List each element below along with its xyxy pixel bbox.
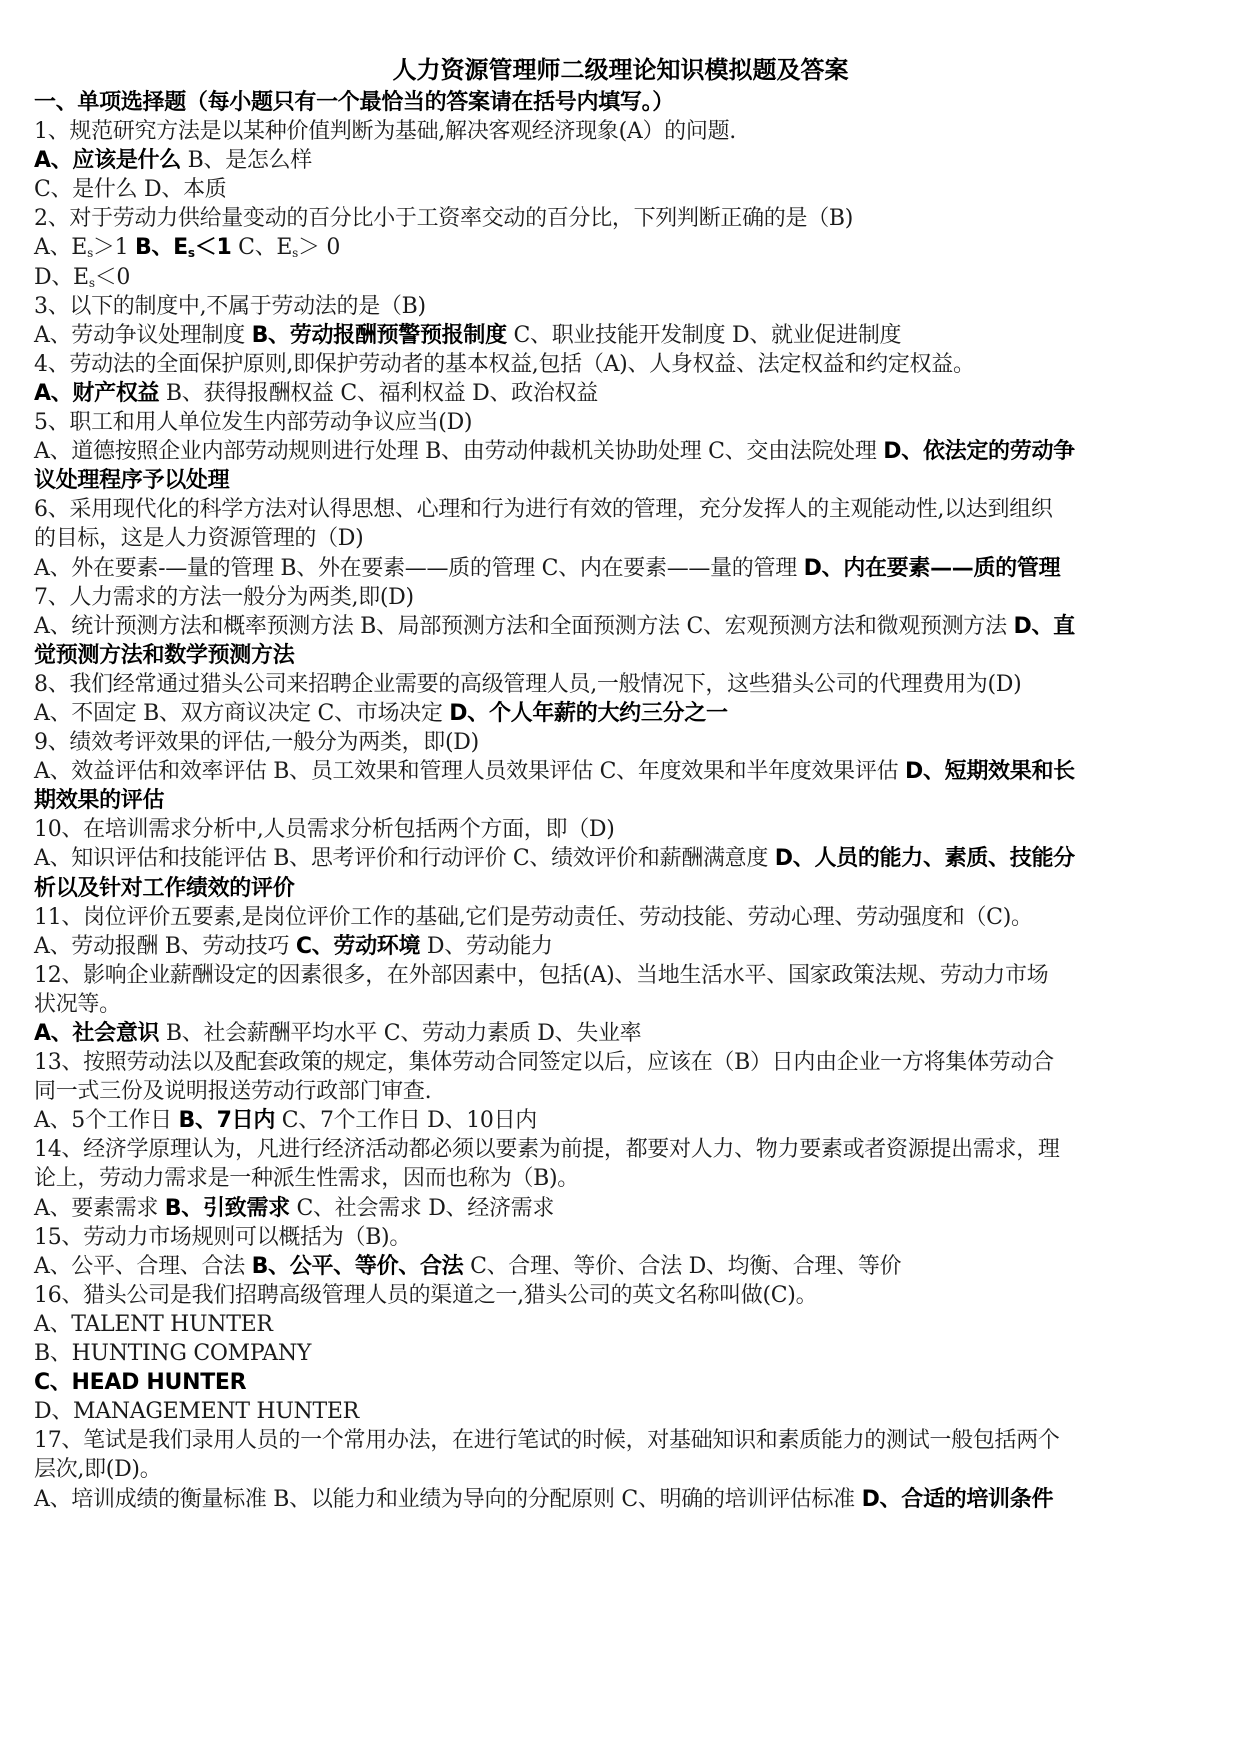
text-segment: 14、经济学原理认为，凡进行经济活动都必须以要素为前提，都要对人力、物力要素或者… [34,1137,1060,1162]
text-line: A、社会意识 B、社会薪酬平均水平 C、劳动力素质 D、失业率 [34,1019,1206,1048]
text-segment: 6、采用现代化的科学方法对认得思想、心理和行为进行有效的管理，充分发挥人的主观能… [34,497,1053,522]
text-segment: 9、绩效考评效果的评估,一般分为两类，即(D) [34,730,479,755]
subscript: s [188,246,195,260]
text-segment: A、E [34,235,87,260]
text-line: A、要素需求 B、引致需求 C、社会需求 D、经济需求 [34,1194,1206,1223]
text-line: 期效果的评估 [34,786,1206,815]
text-segment: A、外在要素-—量的管理 B、外在要素——质的管理 C、内在要素——量的管理 [34,556,804,581]
text-segment: A、要素需求 [34,1196,165,1221]
text-segment: 1、规范研究方法是以某种价值判断为基础,解决客观经济现象(A）的问题. [34,119,736,144]
text-segment: 状况等。 [34,992,121,1017]
text-line: 析以及针对工作绩效的评价 [34,874,1206,903]
answer-text: 期效果的评估 [34,788,164,813]
text-line: 3、以下的制度中,不属于劳动法的是（B) [34,292,1206,321]
text-segment: A、培训成绩的衡量标准 B、以能力和业绩为导向的分配原则 C、明确的培训评估标准 [34,1487,862,1512]
text-segment: 16、猎头公司是我们招聘高级管理人员的渠道之一,猎头公司的英文名称叫做(C)。 [34,1283,817,1308]
text-segment: A、TALENT HUNTER [34,1312,273,1337]
text-line: A、效益评估和效率评估 B、员工效果和管理人员效果评估 C、年度效果和半年度效果… [34,757,1206,786]
text-segment: 11、岗位评价五要素,是岗位评价工作的基础,它们是劳动责任、劳动技能、劳动心理、… [34,905,1033,930]
text-segment: ＞ 0 [298,235,340,260]
text-line: 12、影响企业薪酬设定的因素很多，在外部因素中，包括(A)、当地生活水平、国家政… [34,961,1206,990]
text-segment: A、道德按照企业内部劳动规则进行处理 B、由劳动仲裁机关协助处理 C、交由法院处… [34,439,883,464]
answer-text: A、财产权益 [34,381,159,406]
text-line: 状况等。 [34,990,1206,1019]
text-line: 7、人力需求的方法一般分为两类,即(D) [34,583,1206,612]
text-line: B、HUNTING COMPANY [34,1339,1206,1368]
text-line: 觉预测方法和数学预测方法 [34,641,1206,670]
text-line: A、TALENT HUNTER [34,1310,1206,1339]
text-line: 同一式三份及说明报送劳动行政部门审查. [34,1077,1206,1106]
text-line: 13、按照劳动法以及配套政策的规定，集体劳动合同签定以后，应该在（B）日内由企业… [34,1048,1206,1077]
answer-text: A、应该是什么 [34,148,181,173]
text-segment: C、社会需求 D、经济需求 [290,1196,554,1221]
text-line: 17、笔试是我们录用人员的一个常用办法，在进行笔试的时候，对基础知识和素质能力的… [34,1426,1206,1455]
text-segment: 3、以下的制度中,不属于劳动法的是（B) [34,294,426,319]
text-segment: C、职业技能开发制度 D、就业促进制度 [507,323,901,348]
text-line: 的目标，这是人力资源管理的（D) [34,524,1206,553]
text-segment: A、劳动报酬 B、劳动技巧 [34,934,296,959]
text-segment: B、是怎么样 [181,148,312,173]
answer-text: ＜1 [195,235,232,260]
answer-text: A、社会意识 [34,1021,159,1046]
text-segment: D、劳动能力 [420,934,553,959]
text-segment: C、合理、等价、合法 D、均衡、合理、等价 [463,1254,901,1279]
text-segment: 17、笔试是我们录用人员的一个常用办法，在进行笔试的时候，对基础知识和素质能力的… [34,1428,1060,1453]
text-segment: 论上，劳动力需求是一种派生性需求，因而也称为（B)。 [34,1166,579,1191]
text-segment: A、统计预测方法和概率预测方法 B、局部预测方法和全面预测方法 C、宏观预测方法… [34,614,1013,639]
text-line: 8、我们经常通过猎头公司来招聘企业需要的高级管理人员,一般情况下，这些猎头公司的… [34,670,1206,699]
answer-text: D、个人年薪的大约三分之一 [449,701,727,726]
answer-text: D、合适的培训条件 [862,1487,1054,1512]
text-segment: B、HUNTING COMPANY [34,1341,311,1366]
text-line: A、公平、合理、合法 B、公平、等价、合法 C、合理、等价、合法 D、均衡、合理… [34,1252,1206,1281]
text-line: A、应该是什么 B、是怎么样 [34,146,1206,175]
text-line: A、财产权益 B、获得报酬权益 C、福利权益 D、政治权益 [34,379,1206,408]
text-line: A、统计预测方法和概率预测方法 B、局部预测方法和全面预测方法 C、宏观预测方法… [34,612,1206,641]
answer-text: B、公平、等价、合法 [252,1254,464,1279]
text-segment: A、效益评估和效率评估 B、员工效果和管理人员效果评估 C、年度效果和半年度效果… [34,759,905,784]
text-segment: 5、职工和用人单位发生内部劳动争议应当(D) [34,410,472,435]
answer-text: B、劳动报酬预警预报制度 [252,323,507,348]
text-line: A、外在要素-—量的管理 B、外在要素——质的管理 C、内在要素——量的管理 D… [34,554,1206,583]
text-line: C、HEAD HUNTER [34,1368,1206,1397]
answer-text: C、劳动环境 [296,934,420,959]
text-line: 4、劳动法的全面保护原则,即保护劳动者的基本权益,包括（A)、人身权益、法定权益… [34,350,1206,379]
text-line: 议处理程序予以处理 [34,466,1206,495]
text-segment: B、获得报酬权益 C、福利权益 D、政治权益 [159,381,598,406]
text-segment: 4、劳动法的全面保护原则,即保护劳动者的基本权益,包括（A)、人身权益、法定权益… [34,352,975,377]
text-line: D、Es＜0 [34,263,1206,292]
text-line: 15、劳动力市场规则可以概括为（B)。 [34,1223,1206,1252]
answer-text: D、依法定的劳动争 [883,439,1075,464]
document-title: 人力资源管理师二级理论知识模拟题及答案 [0,54,1241,86]
text-line: 论上，劳动力需求是一种派生性需求，因而也称为（B)。 [34,1164,1206,1193]
section-heading: 一、单项选择题（每小题只有一个最恰当的答案请在括号内填写。） [34,88,1206,117]
text-line: A、道德按照企业内部劳动规则进行处理 B、由劳动仲裁机关协助处理 C、交由法院处… [34,437,1206,466]
answer-text: C、HEAD HUNTER [34,1370,246,1395]
text-segment: B、社会薪酬平均水平 C、劳动力素质 D、失业率 [159,1021,641,1046]
text-line: 5、职工和用人单位发生内部劳动争议应当(D) [34,408,1206,437]
answer-text: D、人员的能力、素质、技能分 [775,846,1075,871]
answer-text: B、7日内 [178,1108,275,1133]
text-segment: A、公平、合理、合法 [34,1254,252,1279]
text-line: A、5个工作日 B、7日内 C、7个工作日 D、10日内 [34,1106,1206,1135]
text-segment: 10、在培训需求分析中,人员需求分析包括两个方面，即（D) [34,817,615,842]
text-line: 10、在培训需求分析中,人员需求分析包括两个方面，即（D) [34,815,1206,844]
text-line: 层次,即(D)。 [34,1455,1206,1484]
text-segment: 15、劳动力市场规则可以概括为（B)。 [34,1225,411,1250]
text-line: 9、绩效考评效果的评估,一般分为两类，即(D) [34,728,1206,757]
text-segment: 12、影响企业薪酬设定的因素很多，在外部因素中，包括(A)、当地生活水平、国家政… [34,963,1048,988]
text-segment: A、不固定 B、双方商议决定 C、市场决定 [34,701,449,726]
answer-text: D、直 [1013,614,1074,639]
answer-text: D、内在要素——质的管理 [804,556,1061,581]
text-line: A、培训成绩的衡量标准 B、以能力和业绩为导向的分配原则 C、明确的培训评估标准… [34,1485,1206,1514]
text-line: A、劳动报酬 B、劳动技巧 C、劳动环境 D、劳动能力 [34,932,1206,961]
text-line: 2、对于劳动力供给量变动的百分比小于工资率交动的百分比，下列判断正确的是（B) [34,204,1206,233]
text-segment: D、MANAGEMENT HUNTER [34,1399,359,1424]
text-segment: 同一式三份及说明报送劳动行政部门审查. [34,1079,431,1104]
text-segment: 的目标，这是人力资源管理的（D) [34,526,363,551]
text-segment: A、知识评估和技能评估 B、思考评价和行动评价 C、绩效评价和薪酬满意度 [34,846,775,871]
answer-text: 觉预测方法和数学预测方法 [34,643,294,668]
text-segment: 2、对于劳动力供给量变动的百分比小于工资率交动的百分比，下列判断正确的是（B) [34,206,853,231]
document-body: 一、单项选择题（每小题只有一个最恰当的答案请在括号内填写。） 1、规范研究方法是… [34,88,1206,1514]
text-segment: A、5个工作日 [34,1108,178,1133]
text-line: 6、采用现代化的科学方法对认得思想、心理和行为进行有效的管理，充分发挥人的主观能… [34,495,1206,524]
text-segment: 13、按照劳动法以及配套政策的规定，集体劳动合同签定以后，应该在（B）日内由企业… [34,1050,1054,1075]
text-line: 1、规范研究方法是以某种价值判断为基础,解决客观经济现象(A）的问题. [34,117,1206,146]
text-line: A、知识评估和技能评估 B、思考评价和行动评价 C、绩效评价和薪酬满意度 D、人… [34,844,1206,873]
answer-text: B、引致需求 [165,1196,290,1221]
document-page: 人力资源管理师二级理论知识模拟题及答案 一、单项选择题（每小题只有一个最恰当的答… [0,0,1241,1754]
text-segment: 层次,即(D)。 [34,1457,161,1482]
text-segment: ＜0 [95,265,130,290]
text-segment: 8、我们经常通过猎头公司来招聘企业需要的高级管理人员,一般情况下，这些猎头公司的… [34,672,1021,697]
text-segment: C、E [231,235,292,260]
text-line: D、MANAGEMENT HUNTER [34,1397,1206,1426]
text-line: A、Es＞1 B、Es＜1 C、Es＞ 0 [34,233,1206,262]
answer-text: 析以及针对工作绩效的评价 [34,876,294,901]
text-line: 14、经济学原理认为，凡进行经济活动都必须以要素为前提，都要对人力、物力要素或者… [34,1135,1206,1164]
answer-text: 议处理程序予以处理 [34,468,229,493]
text-line: C、是什么 D、本质 [34,175,1206,204]
text-segment: ＞1 [93,235,135,260]
text-line: A、劳动争议处理制度 B、劳动报酬预警预报制度 C、职业技能开发制度 D、就业促… [34,321,1206,350]
text-segment: C、7个工作日 D、10日内 [275,1108,537,1133]
text-segment: D、E [34,265,89,290]
question-lines: 1、规范研究方法是以某种价值判断为基础,解决客观经济现象(A）的问题.A、应该是… [34,117,1206,1514]
text-line: 11、岗位评价五要素,是岗位评价工作的基础,它们是劳动责任、劳动技能、劳动心理、… [34,903,1206,932]
answer-text: D、短期效果和长 [905,759,1075,784]
text-segment: A、劳动争议处理制度 [34,323,252,348]
text-line: A、不固定 B、双方商议决定 C、市场决定 D、个人年薪的大约三分之一 [34,699,1206,728]
text-segment: C、是什么 D、本质 [34,177,226,202]
answer-text: B、E [135,235,188,260]
text-line: 16、猎头公司是我们招聘高级管理人员的渠道之一,猎头公司的英文名称叫做(C)。 [34,1281,1206,1310]
text-segment: 7、人力需求的方法一般分为两类,即(D) [34,585,414,610]
